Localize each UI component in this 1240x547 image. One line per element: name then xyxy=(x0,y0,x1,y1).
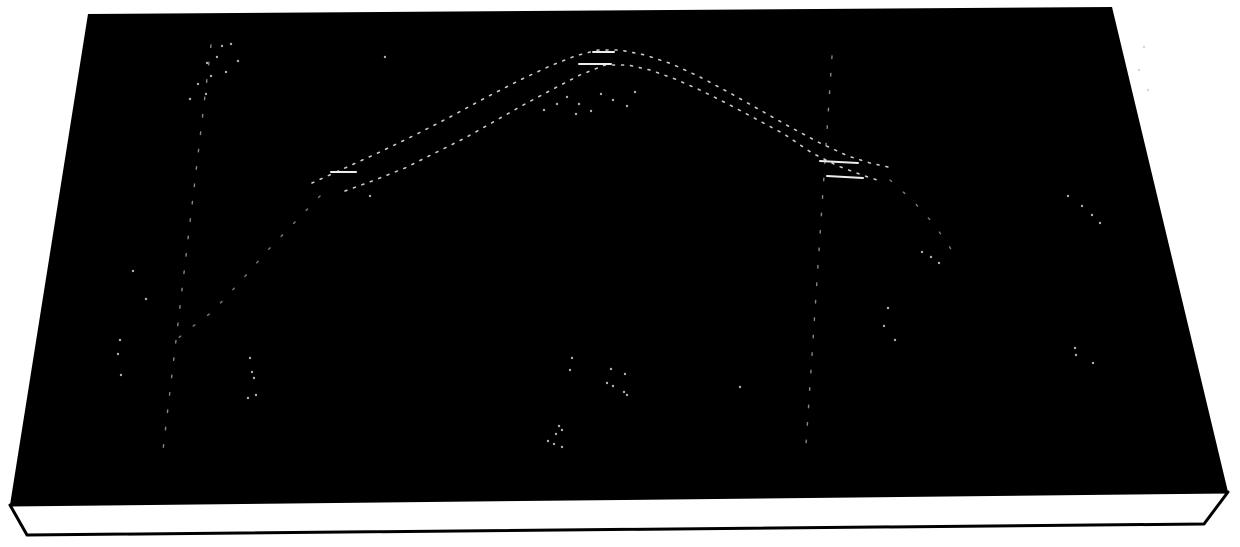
noise-dot xyxy=(578,103,580,105)
noise-dot xyxy=(612,99,614,101)
noise-dot xyxy=(543,109,545,111)
noise-dot xyxy=(251,371,253,373)
noise-dot xyxy=(216,56,218,58)
noise-dot xyxy=(930,256,932,258)
noise-dot xyxy=(1075,354,1077,356)
noise-dot xyxy=(210,75,212,77)
noise-dot xyxy=(610,368,612,370)
noise-dot xyxy=(739,386,741,388)
noise-dot xyxy=(623,391,625,393)
noise-dot xyxy=(575,113,577,115)
noise-dot xyxy=(894,339,896,341)
noise-dot xyxy=(119,339,121,341)
noise-dot xyxy=(253,377,255,379)
chip-perspective-figure xyxy=(0,0,1240,547)
noise-dot xyxy=(561,446,563,448)
noise-dot xyxy=(145,298,147,300)
noise-dot xyxy=(556,103,558,105)
noise-dot xyxy=(1143,46,1145,48)
noise-dot xyxy=(237,60,239,62)
noise-dot xyxy=(120,374,122,376)
noise-dot xyxy=(369,195,371,197)
noise-dot xyxy=(197,83,199,85)
noise-dot xyxy=(225,71,227,73)
noise-dot xyxy=(249,357,251,359)
noise-dot xyxy=(255,394,257,396)
noise-dot xyxy=(634,91,636,93)
noise-dot xyxy=(1067,195,1069,197)
noise-dot xyxy=(883,325,885,327)
noise-dot xyxy=(561,429,563,431)
noise-dot xyxy=(558,425,560,427)
noise-dot xyxy=(626,394,628,396)
noise-dot xyxy=(230,43,232,45)
noise-dot xyxy=(624,373,626,375)
noise-dot xyxy=(1138,69,1140,71)
noise-dot xyxy=(1081,205,1083,207)
noise-dot xyxy=(571,357,573,359)
noise-dot xyxy=(1147,89,1149,91)
slab-top-face xyxy=(10,7,1228,505)
noise-dot xyxy=(938,262,940,264)
noise-dot xyxy=(384,56,386,58)
noise-dot xyxy=(606,382,608,384)
noise-dot xyxy=(189,98,191,100)
noise-dot xyxy=(569,369,571,371)
noise-dot xyxy=(1099,222,1101,224)
noise-dot xyxy=(566,96,568,98)
noise-dot xyxy=(600,93,602,95)
noise-dot xyxy=(247,397,249,399)
noise-dot xyxy=(626,105,628,107)
noise-dot xyxy=(555,433,557,435)
noise-dot xyxy=(117,353,119,355)
noise-dot xyxy=(206,62,208,64)
noise-dot xyxy=(1091,214,1093,216)
noise-dot xyxy=(921,251,923,253)
figure-stage xyxy=(0,0,1240,547)
noise-dot xyxy=(590,110,592,112)
noise-dot xyxy=(221,45,223,47)
noise-dot xyxy=(553,443,555,445)
noise-dot xyxy=(132,270,134,272)
noise-dot xyxy=(1074,347,1076,349)
noise-dot xyxy=(205,93,207,95)
noise-dot xyxy=(887,307,889,309)
noise-dot xyxy=(547,440,549,442)
noise-dot xyxy=(612,385,614,387)
noise-dot xyxy=(1092,362,1094,364)
